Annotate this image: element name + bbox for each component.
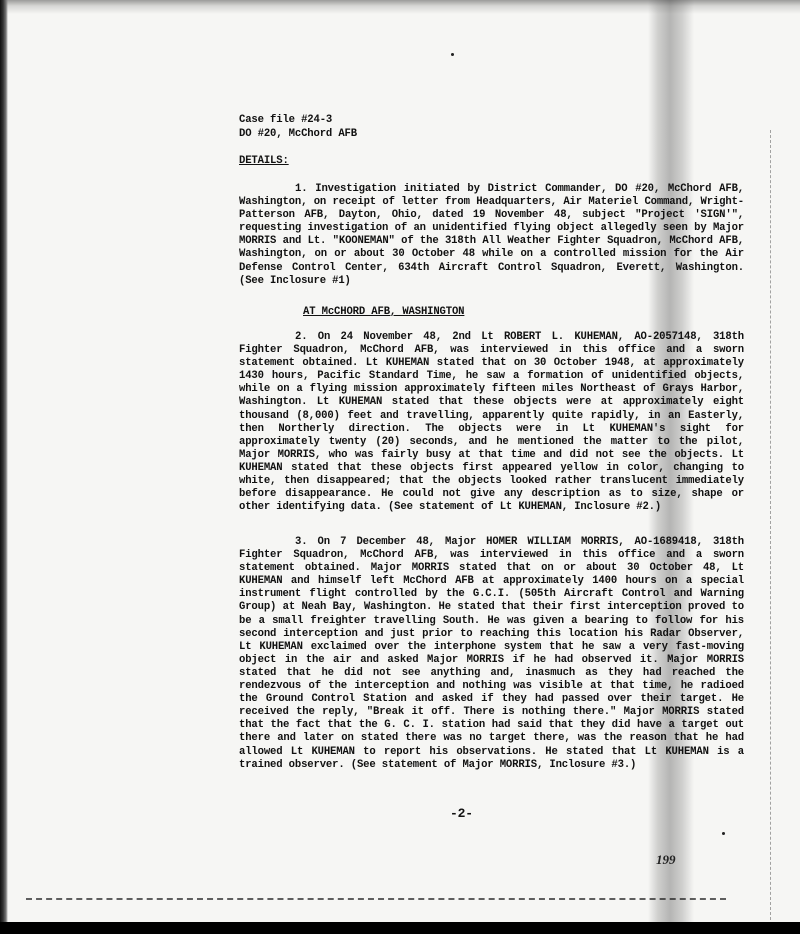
scan-right-rule xyxy=(770,130,772,920)
section-heading-mcchord: AT McCHORD AFB, WASHINGTON xyxy=(303,306,464,318)
paragraph-3: 3. On 7 December 48, Major HOMER WILLIAM… xyxy=(239,536,744,772)
district-office-line: DO #20, McChord AFB xyxy=(239,128,357,140)
details-heading: DETAILS: xyxy=(239,155,289,167)
folio-number: 199 xyxy=(656,852,676,868)
scanned-document-page: Case file #24-3 DO #20, McChord AFB DETA… xyxy=(0,0,800,934)
scan-speck xyxy=(451,53,454,56)
page-number: -2- xyxy=(450,806,473,821)
scan-speck xyxy=(722,832,725,835)
paragraph-2: 2. On 24 November 48, 2nd Lt ROBERT L. K… xyxy=(239,331,744,514)
scan-left-edge xyxy=(0,0,8,934)
scan-bottom-dashed-line xyxy=(26,898,726,902)
scan-bottom-border xyxy=(0,922,800,934)
paragraph-1: 1. Investigation initiated by District C… xyxy=(239,183,744,288)
case-file-line: Case file #24-3 xyxy=(239,114,332,126)
